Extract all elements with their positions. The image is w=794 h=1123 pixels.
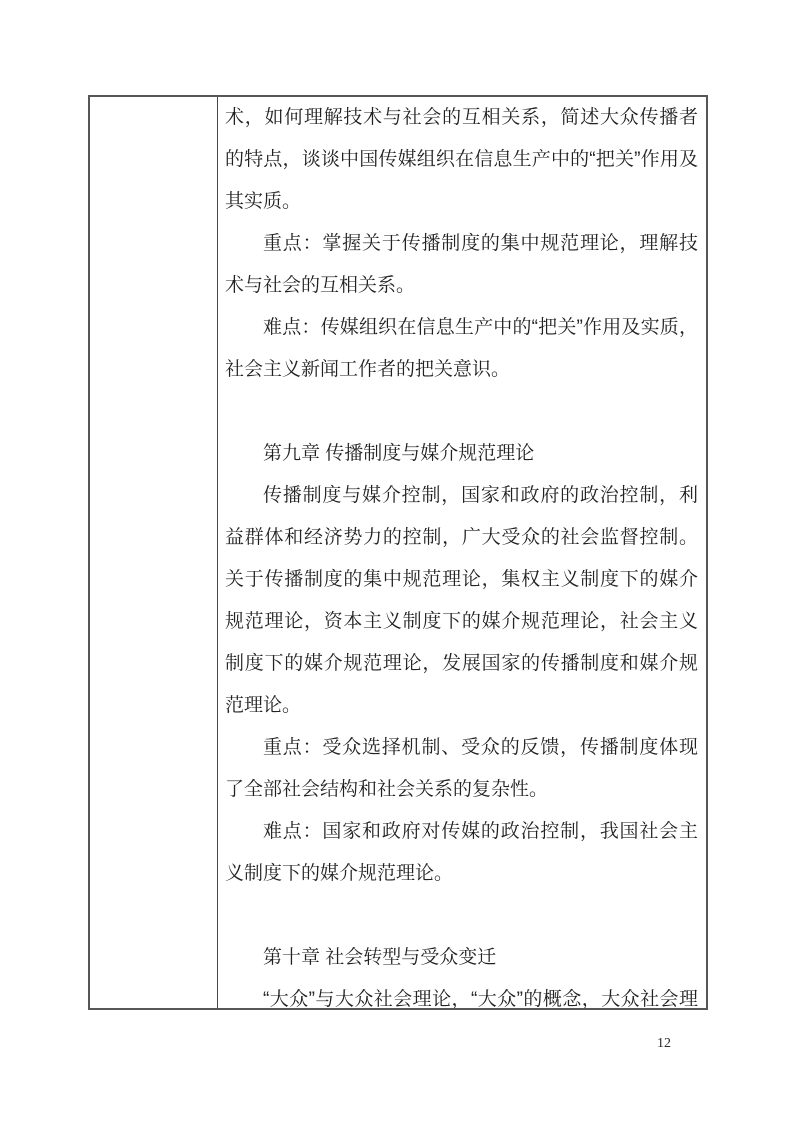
body-paragraph: 重点：受众选择机制、受众的反馈，传播制度体现了全部社会结构和社会关系的复杂性。 <box>225 727 698 811</box>
table-right-cell: 术，如何理解技术与社会的互相关系，简述大众传播者的特点，谈谈中国传媒组织在信息生… <box>218 97 706 1008</box>
body-paragraph: 难点：国家和政府对传媒的政治控制，我国社会主义制度下的媒介规范理论。 <box>225 811 698 895</box>
blank-line <box>225 895 698 937</box>
body-paragraph: 术，如何理解技术与社会的互相关系，简述大众传播者的特点，谈谈中国传媒组织在信息生… <box>225 97 698 223</box>
content-table: 术，如何理解技术与社会的互相关系，简述大众传播者的特点，谈谈中国传媒组织在信息生… <box>88 95 708 1010</box>
body-paragraph: 难点：传媒组织在信息生产中的“把关”作用及实质，社会主义新闻工作者的把关意识。 <box>225 307 698 391</box>
document-page: 术，如何理解技术与社会的互相关系，简述大众传播者的特点，谈谈中国传媒组织在信息生… <box>0 0 794 1123</box>
page-number: 12 <box>648 1036 680 1052</box>
chapter-heading: 第九章 传播制度与媒介规范理论 <box>225 433 698 475</box>
body-paragraph: 重点：掌握关于传播制度的集中规范理论，理解技术与社会的互相关系。 <box>225 223 698 307</box>
body-paragraph: “大众”与大众社会理论，“大众”的概念，大众社会理论的形成和变化，大众社会理论与… <box>225 979 698 1008</box>
chapter-heading: 第十章 社会转型与受众变迁 <box>225 937 698 979</box>
table-left-cell <box>90 97 218 1008</box>
body-paragraph: 传播制度与媒介控制，国家和政府的政治控制，利益群体和经济势力的控制，广大受众的社… <box>225 475 698 727</box>
blank-line <box>225 391 698 433</box>
